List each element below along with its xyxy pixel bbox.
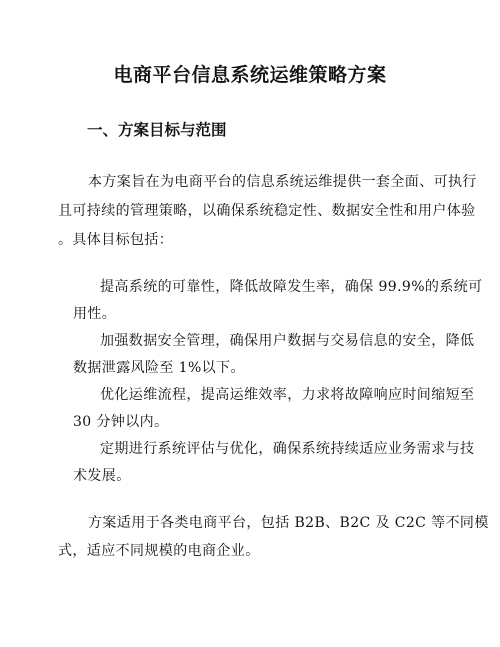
goal-1-line-2: 用性。 xyxy=(73,303,116,323)
goal-3-line-2: 30 分钟以内。 xyxy=(73,411,168,431)
goal-4-line-1: 定期进行系统评估与优化，确保系统持续适应业务需求与技 xyxy=(100,438,474,458)
intro-line-2: 且可持续的管理策略，以确保系统稳定性、数据安全性和用户体验 xyxy=(58,200,476,220)
intro-line-3: 。具体目标包括： xyxy=(58,229,173,249)
goal-2-line-1: 加强数据安全管理，确保用户数据与交易信息的安全，降低 xyxy=(100,330,474,350)
section-heading: 一、方案目标与范围 xyxy=(87,118,227,140)
goal-4-line-2: 术发展。 xyxy=(73,465,131,485)
document-title: 电商平台信息系统运维策略方案 xyxy=(0,60,500,87)
scope-line-1: 方案适用于各类电商平台，包括 B2B、B2C 及 C2C 等不同模 xyxy=(88,512,489,532)
intro-line-1: 本方案旨在为电商平台的信息系统运维提供一套全面、可执行 xyxy=(88,171,477,191)
goal-1-line-1: 提高系统的可靠性，降低故障发生率，确保 99.9%的系统可 xyxy=(100,276,483,296)
goal-2-line-2: 数据泄露风险至 1%以下。 xyxy=(73,357,245,377)
goal-3-line-1: 优化运维流程，提高运维效率，力求将故障响应时间缩短至 xyxy=(100,384,474,404)
scope-line-2: 式，适应不同规模的电商企业。 xyxy=(58,540,260,560)
